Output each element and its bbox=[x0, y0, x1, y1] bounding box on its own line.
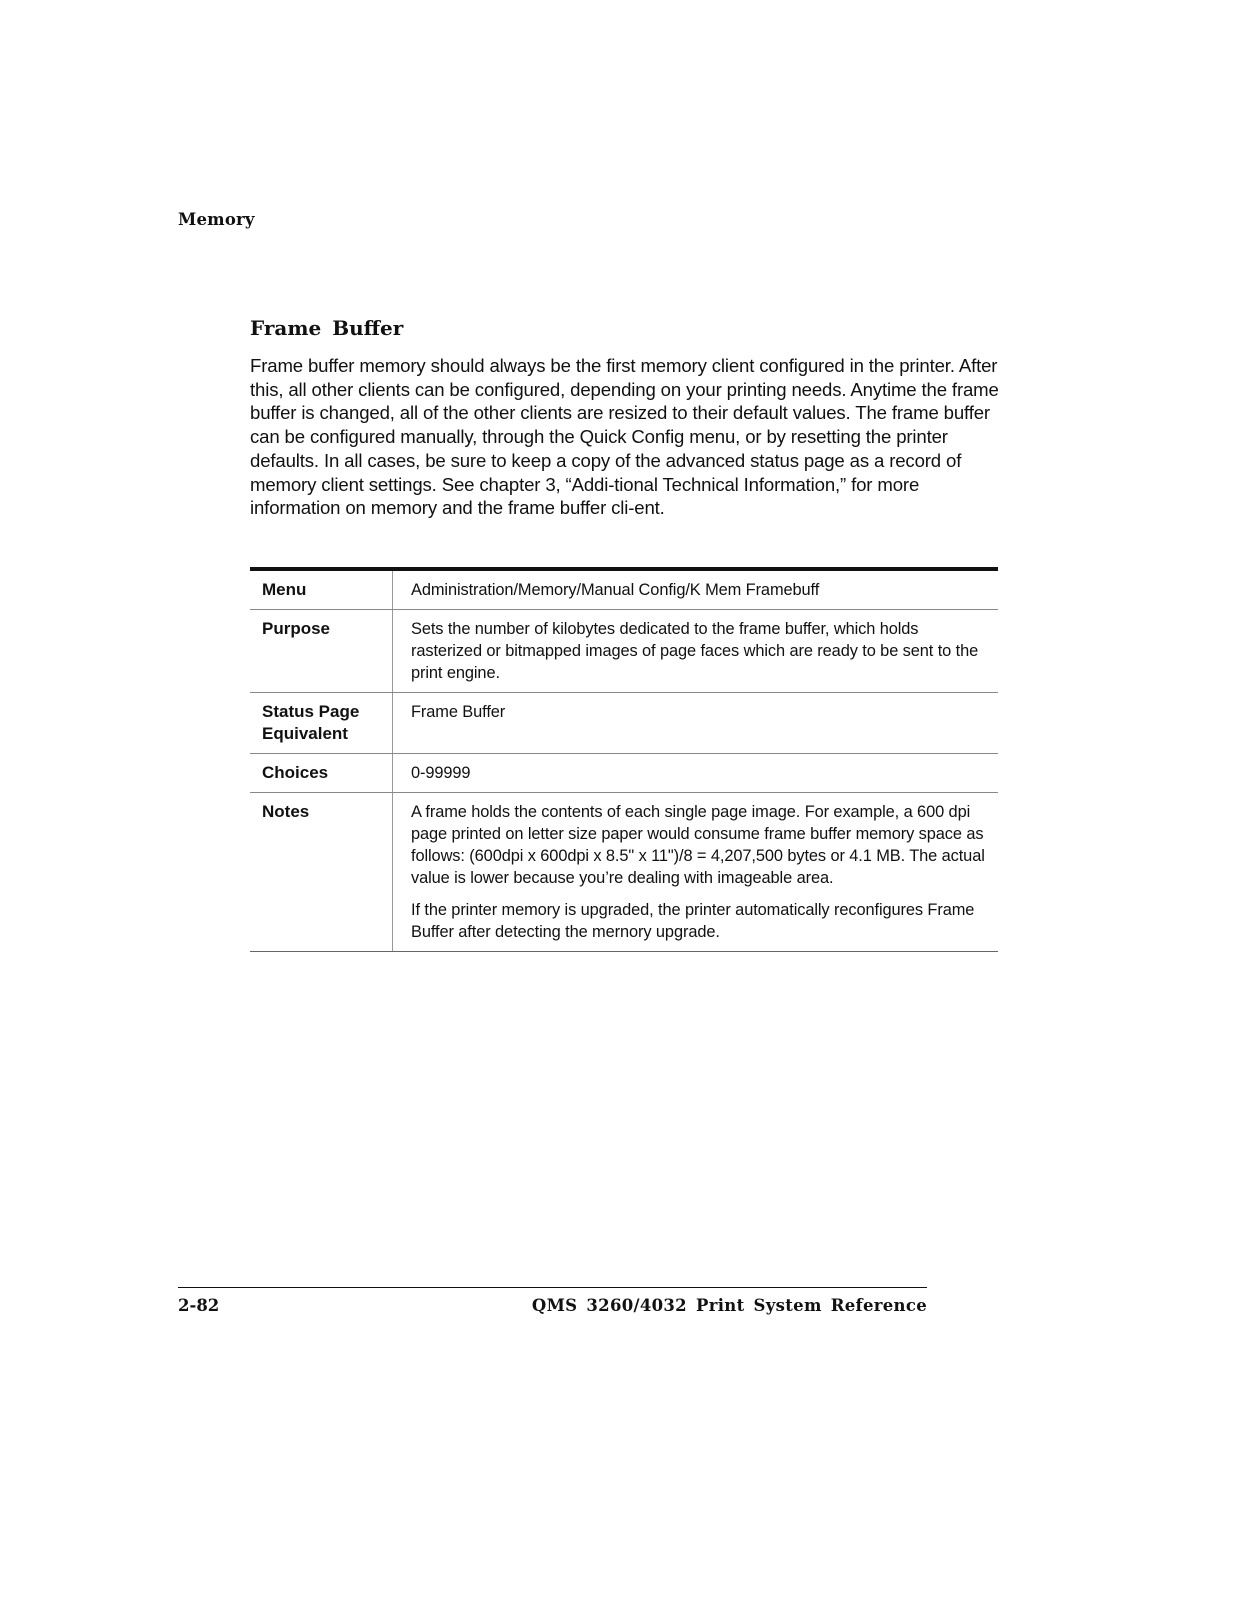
notes-paragraph-2: If the printer memory is upgraded, the p… bbox=[411, 899, 986, 943]
row-value: Sets the number of kilobytes dedicated t… bbox=[393, 610, 999, 693]
row-label: Menu bbox=[250, 569, 393, 610]
settings-table: Menu Administration/Memory/Manual Config… bbox=[250, 567, 998, 952]
row-value: A frame holds the contents of each singl… bbox=[393, 793, 999, 952]
intro-paragraph: Frame buffer memory should always be the… bbox=[250, 354, 1000, 520]
book-title: QMS 3260/4032 Print System Reference bbox=[532, 1296, 927, 1315]
row-label: Purpose bbox=[250, 610, 393, 693]
row-label: Notes bbox=[250, 793, 393, 952]
table-row-status-page-equivalent: Status Page Equivalent Frame Buffer bbox=[250, 693, 998, 754]
row-label: Status Page Equivalent bbox=[250, 693, 393, 754]
row-value: Frame Buffer bbox=[393, 693, 999, 754]
running-head: Memory bbox=[178, 210, 255, 229]
table-row-menu: Menu Administration/Memory/Manual Config… bbox=[250, 569, 998, 610]
page-number: 2-82 bbox=[178, 1296, 219, 1315]
notes-paragraph-1: A frame holds the contents of each singl… bbox=[411, 801, 986, 889]
table-row-notes: Notes A frame holds the contents of each… bbox=[250, 793, 998, 952]
section-title: Frame Buffer bbox=[250, 316, 403, 340]
footer-rule bbox=[178, 1287, 927, 1288]
row-value: 0-99999 bbox=[393, 754, 999, 793]
row-label: Choices bbox=[250, 754, 393, 793]
table-row-purpose: Purpose Sets the number of kilobytes ded… bbox=[250, 610, 998, 693]
table-row-choices: Choices 0-99999 bbox=[250, 754, 998, 793]
row-value: Administration/Memory/Manual Config/K Me… bbox=[393, 569, 999, 610]
